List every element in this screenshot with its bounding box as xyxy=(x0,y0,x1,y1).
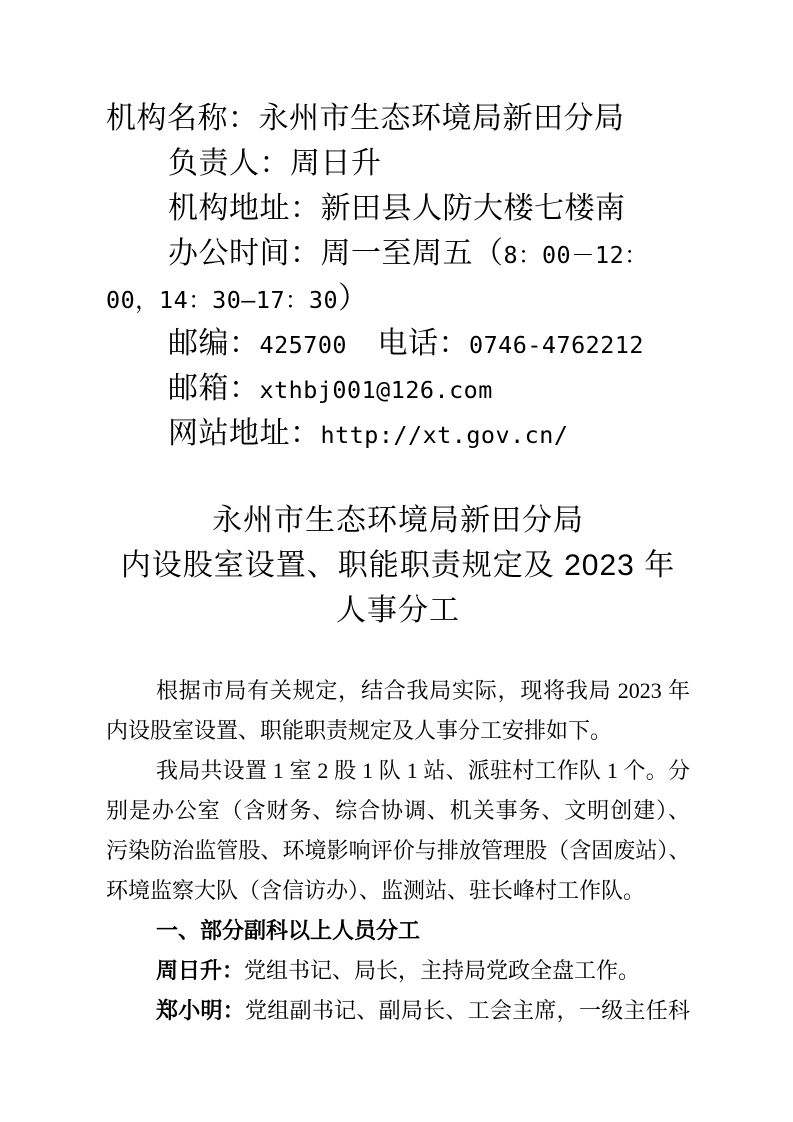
office-hours-line-2: 00，14：30—17：30） xyxy=(106,276,690,321)
postcode-phone-line: 邮编：425700 电话：0746-4762212 xyxy=(106,321,690,366)
assignment-1-person-name: 周日升： xyxy=(156,958,244,983)
assignment-1-duty: 党组书记、局长，主持局党政全盘工作。 xyxy=(244,958,640,983)
website-label: 网站地址： xyxy=(168,417,321,450)
document-page: 机构名称：永州市生态环境局新田分局 负责人：周日升 机构地址：新田县人防大楼七楼… xyxy=(0,0,793,1122)
assignment-line-1: 周日升：党组书记、局长，主持局党政全盘工作。 xyxy=(106,951,690,991)
contact-info-block: 机构名称：永州市生态环境局新田分局 负责人：周日升 机构地址：新田县人防大楼七楼… xyxy=(106,0,690,456)
address-line: 机构地址：新田县人防大楼七楼南 xyxy=(106,186,690,231)
office-hours-label: 办公时间：周一至周五（ xyxy=(168,237,504,270)
paragraph-1-line-1: 根据市局有关规定，结合我局实际，现将我局 2023 年 xyxy=(106,671,690,711)
email-line: 邮箱：xthbj001@126.com xyxy=(106,366,690,411)
document-title: 永州市生态环境局新田分局 内设股室设置、职能职责规定及 2023 年 人事分工 xyxy=(106,498,690,633)
assignment-line-2: 郑小明：党组副书记、副局长、工会主席，一级主任科 xyxy=(106,991,690,1031)
office-hours-close-paren: ） xyxy=(338,282,369,315)
paragraph-2-line-2: 别是办公室（含财务、综合协调、机关事务、文明创建）、 xyxy=(106,791,690,831)
assignment-2-person-name: 郑小明： xyxy=(156,998,245,1023)
paragraph-2-line-4: 环境监察大队（含信访办）、监测站、驻长峰村工作队。 xyxy=(106,871,690,911)
email-value: xthbj001@126.com xyxy=(260,376,493,404)
document-title-line-3: 人事分工 xyxy=(106,588,690,633)
paragraph-1-line-2: 内设股室设置、职能职责规定及人事分工安排如下。 xyxy=(106,711,690,751)
document-body: 根据市局有关规定，结合我局实际，现将我局 2023 年 内设股室设置、职能职责规… xyxy=(106,671,690,1031)
office-hours-line-1: 办公时间：周一至周五（8：00－12： xyxy=(106,231,690,276)
website-value: http://xt.gov.cn/ xyxy=(321,421,569,449)
document-title-line-1: 永州市生态环境局新田分局 xyxy=(106,498,690,543)
postcode-value: 425700 xyxy=(260,331,348,359)
paragraph-2-line-3: 污染防治监管股、环境影响评价与排放管理股（含固废站）、 xyxy=(106,831,690,871)
leader-line: 负责人：周日升 xyxy=(106,141,690,186)
org-name-line: 机构名称：永州市生态环境局新田分局 xyxy=(106,96,690,141)
office-hours-time-2: 00，14：30—17：30 xyxy=(106,286,338,314)
phone-label: 电话： xyxy=(347,327,469,360)
website-line: 网站地址：http://xt.gov.cn/ xyxy=(106,411,690,456)
document-title-line-2: 内设股室设置、职能职责规定及 2023 年 xyxy=(106,543,690,588)
office-hours-time-1: 8：00－12： xyxy=(504,241,649,269)
document-content: 机构名称：永州市生态环境局新田分局 负责人：周日升 机构地址：新田县人防大楼七楼… xyxy=(106,0,690,1031)
phone-value: 0746-4762212 xyxy=(469,331,644,359)
email-label: 邮箱： xyxy=(168,372,260,405)
assignment-2-duty: 党组副书记、副局长、工会主席，一级主任科 xyxy=(245,998,690,1023)
section-1-heading: 一、部分副科以上人员分工 xyxy=(106,911,690,951)
postcode-label: 邮编： xyxy=(168,327,260,360)
paragraph-2-line-1: 我局共设置 1 室 2 股 1 队 1 站、派驻村工作队 1 个。分 xyxy=(106,751,690,791)
